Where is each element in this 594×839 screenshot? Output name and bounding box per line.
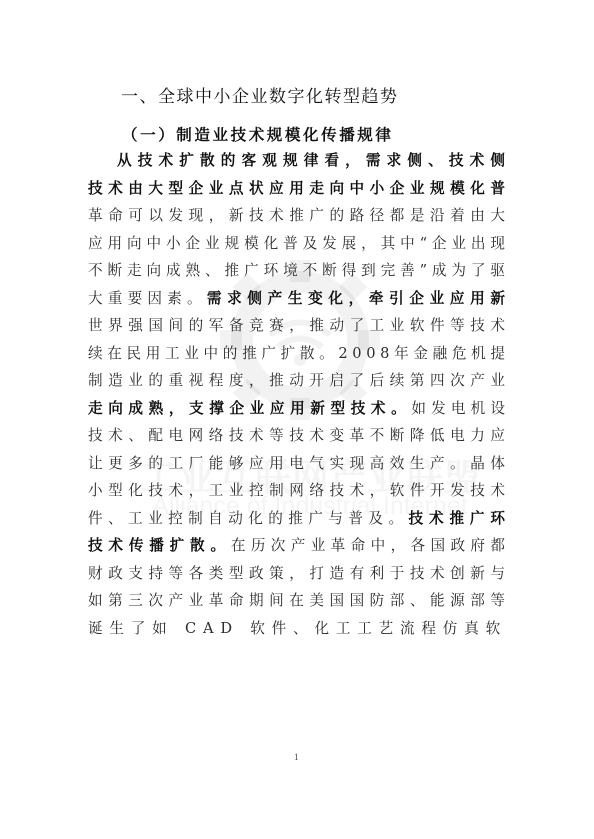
text-line: 小 型 化 技 术 ， 工 业 控 制 网 络 技 术 ， 软 件 开 发 技 … [88,477,505,505]
text: 诞生了如 CAD 软件、化工工艺流程仿真软件等代表性技术产品。 [88,620,505,637]
text: 不 断 走 向 成 熟 、 推 广 环 境 不 断 得 到 完 善 ” 成 为 … [88,262,505,285]
bold-text: 技 术 传 播 扩 散 。 [88,537,231,554]
text-line: 不 断 走 向 成 熟 、 推 广 环 境 不 断 得 到 完 善 ” 成 为 … [88,257,505,285]
text: 世 界 强 国 间 的 军 备 竞 赛 ， 推 动 了 工 业 软 件 等 技 … [88,317,505,340]
text: 件 、 工 业 控 制 自 动 化 的 推 广 与 普 及 。 [88,510,409,527]
text-line: 技 术 、 配 电 网 络 技 术 等 技 术 变 革 不 断 降 低 电 力 … [88,422,505,450]
text-line: 从 技 术 扩 散 的 客 观 规 律 看 ， 需 求 侧 、 技 术 侧 与 … [88,147,505,175]
text: 如 第 三 次 产 业 革 命 期 间 在 美 国 国 防 部 、 能 源 部 … [88,592,505,615]
section-heading: 一、全球中小企业数字化转型趋势 [121,82,399,107]
text-line: 走 向 成 熟 ， 支 撑 企 业 应 用 新 型 技 术 。 如 发 电 机 … [88,395,505,423]
text: 续 在 民 用 工 业 中 的 推 广 扩 散 。 2 0 0 8 年 金 融 … [88,345,505,368]
text-line: 革 命 可 以 发 现 ， 新 技 术 推 广 的 路 径 都 是 沿 着 由 … [88,202,505,230]
body-paragraph: 从 技 术 扩 散 的 客 观 规 律 看 ， 需 求 侧 、 技 术 侧 与 … [88,147,505,642]
text-line: 制 造 业 的 重 视 程 度 ， 推 动 开 启 了 后 续 第 四 次 产 … [88,367,505,395]
text-line: 财 政 支 持 等 各 类 型 政 策 ， 打 造 有 利 于 技 术 创 新 … [88,560,505,588]
text-line: 续 在 民 用 工 业 中 的 推 广 扩 散 。 2 0 0 8 年 金 融 … [88,340,505,368]
text-line: 技 术 由 大 型 企 业 点 状 应 用 走 向 中 小 企 业 规 模 化 … [88,175,505,203]
bold-text: 从 技 术 扩 散 的 客 观 规 律 看 ， 需 求 侧 、 技 术 侧 与 … [117,152,505,175]
text-line: 如 第 三 次 产 业 革 命 期 间 在 美 国 国 防 部 、 能 源 部 … [88,587,505,615]
text: 革 命 可 以 发 现 ， 新 技 术 推 广 的 路 径 都 是 沿 着 由 … [88,207,505,230]
text: 大 重 要 因 素 。 [88,290,207,307]
text: 应 用 向 中 小 企 业 规 模 化 普 及 发 展 ， 其 中 “ 企 业 … [88,235,505,258]
text: 财 政 支 持 等 各 类 型 政 策 ， 打 造 有 利 于 技 术 创 新 … [88,565,505,588]
bold-text: 技 术 由 大 型 企 业 点 状 应 用 走 向 中 小 企 业 规 模 化 … [88,180,505,203]
text-line: 技 术 传 播 扩 散 。 在 历 次 产 业 革 命 中 ， 各 国 政 府 … [88,532,505,560]
text: 小 型 化 技 术 ， 工 业 控 制 网 络 技 术 ， 软 件 开 发 技 … [88,482,505,505]
document-page: 工业互联网产业联盟 Alliance of Industrial Interne… [0,0,594,839]
page-number: 1 [294,752,299,762]
text: 让 更 多 的 工 厂 能 够 应 用 电 气 实 现 高 效 生 产 。 晶 … [88,455,505,478]
text: 技 术 、 配 电 网 络 技 术 等 技 术 变 革 不 断 降 低 电 力 … [88,427,505,450]
text-line: 应 用 向 中 小 企 业 规 模 化 普 及 发 展 ， 其 中 “ 企 业 … [88,230,505,258]
subsection-heading: （一）制造业技术规模化传播规律 [122,123,394,145]
bold-text: 走 向 成 熟 ， 支 撑 企 业 应 用 新 型 技 术 。 [88,400,411,417]
text-line: 件 、 工 业 控 制 自 动 化 的 推 广 与 普 及 。 技 术 推 广 … [88,505,505,533]
text-line: 让 更 多 的 工 厂 能 够 应 用 电 气 实 现 高 效 生 产 。 晶 … [88,450,505,478]
text-line: 大 重 要 因 素 。 需 求 侧 产 生 变 化 ， 牵 引 企 业 应 用 … [88,285,505,313]
text-line: 诞生了如 CAD 软件、化工工艺流程仿真软件等代表性技术产品。 [88,615,505,643]
text-line: 世 界 强 国 间 的 军 备 竞 赛 ， 推 动 了 工 业 软 件 等 技 … [88,312,505,340]
text: 制 造 业 的 重 视 程 度 ， 推 动 开 启 了 后 续 第 四 次 产 … [88,372,505,395]
